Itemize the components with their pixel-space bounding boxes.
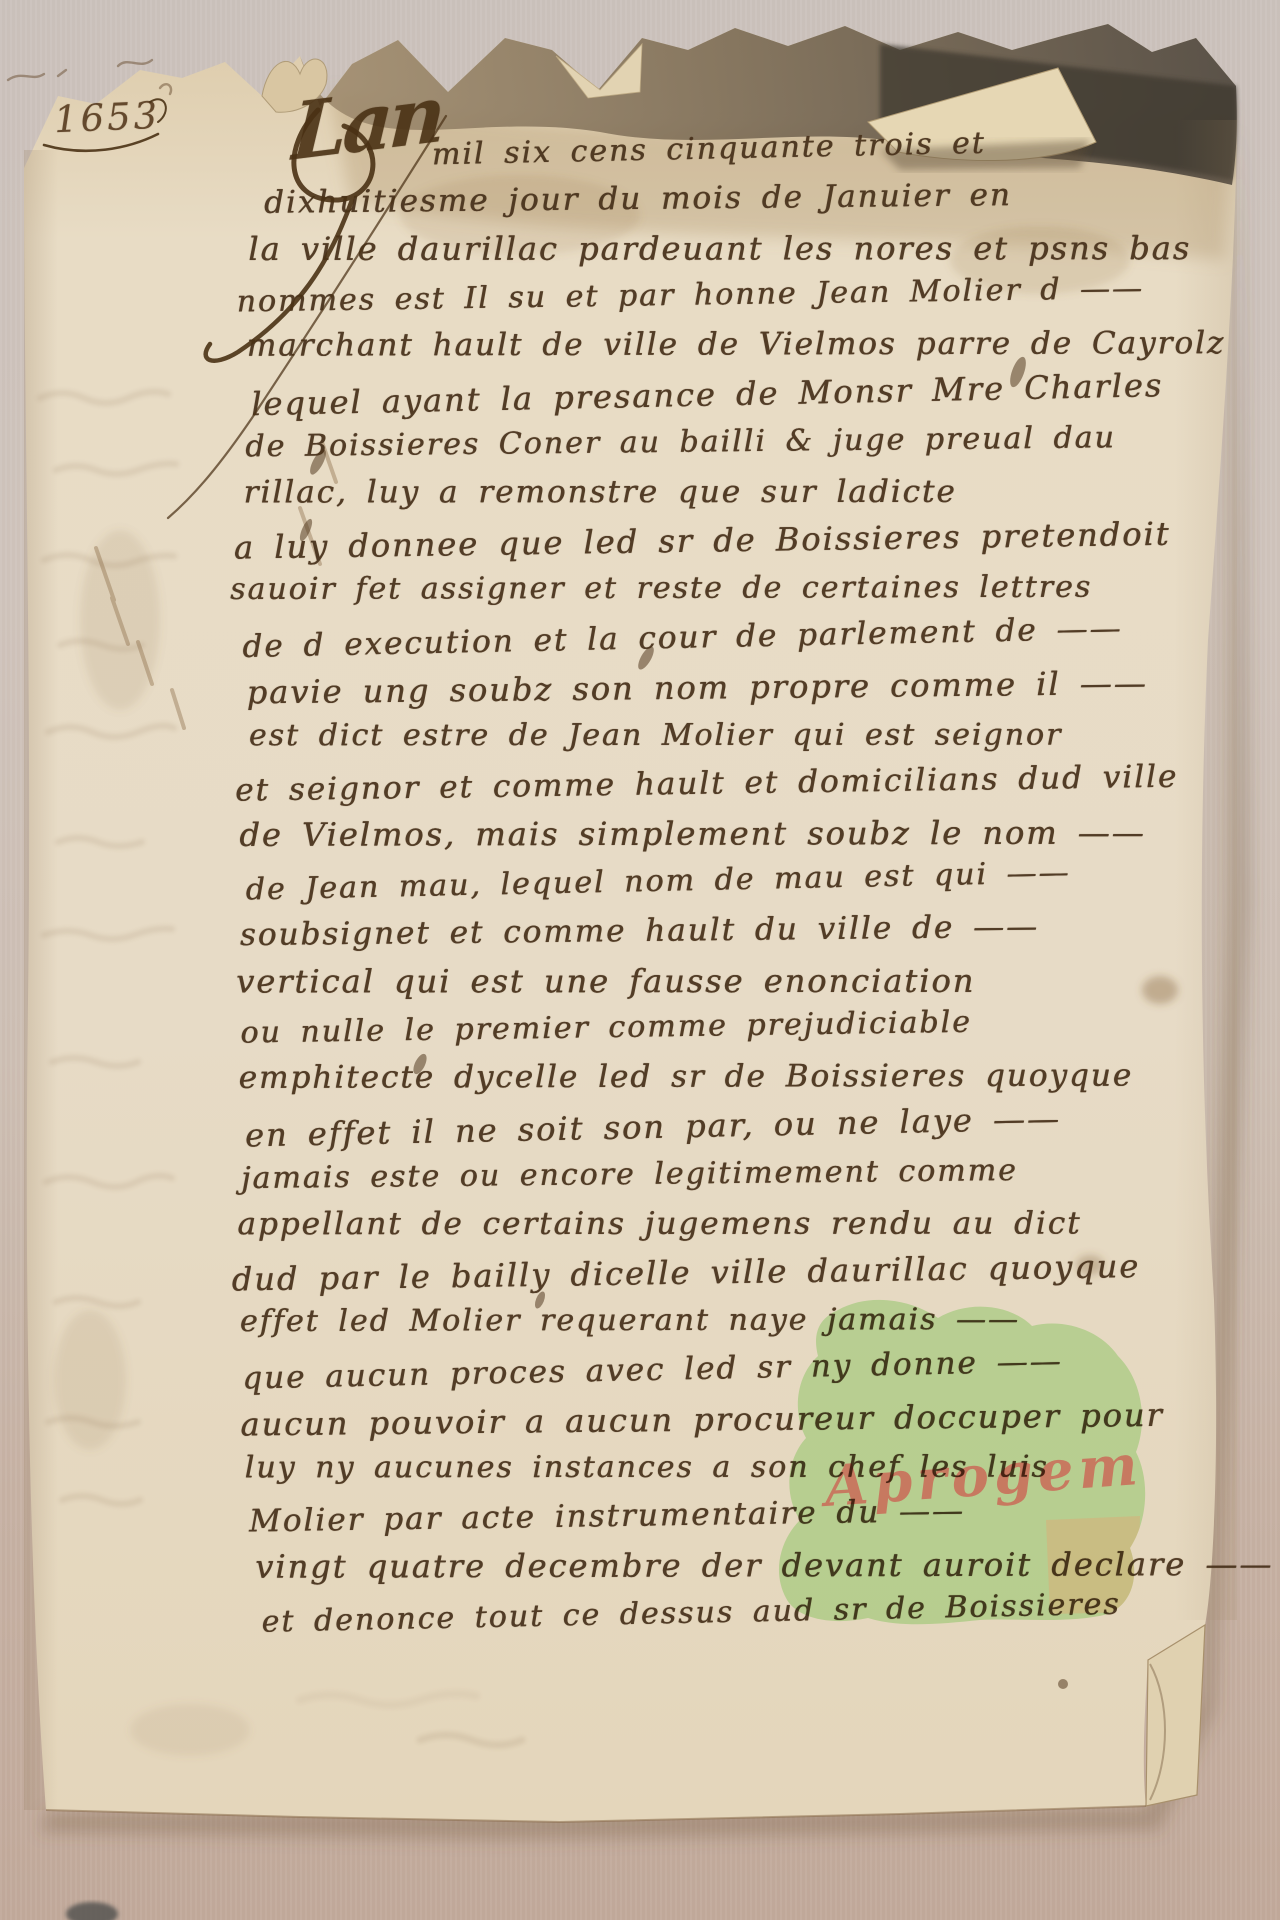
photograph-of-manuscript: mil six cens cinquante trois etdixhuitie… <box>0 0 1280 1920</box>
watermark-tan-patch <box>1046 1516 1140 1614</box>
aprogemere-watermark: Aprogemere <box>0 0 1280 1920</box>
